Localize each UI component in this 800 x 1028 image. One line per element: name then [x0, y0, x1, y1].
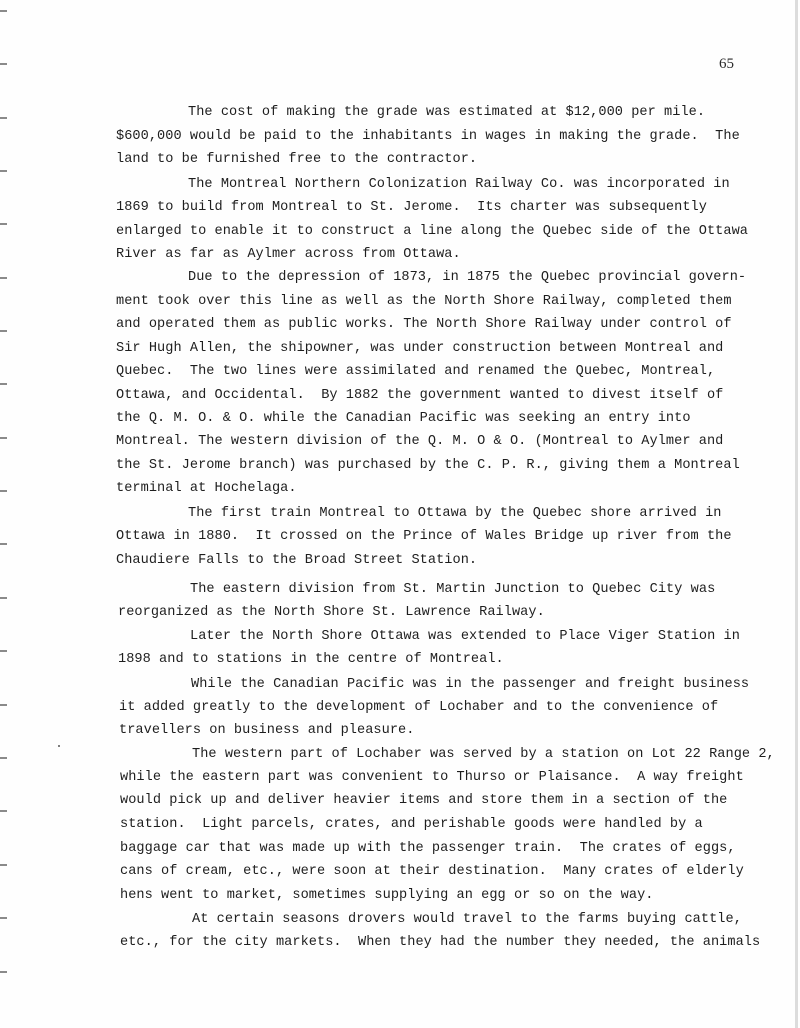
page-edge-border	[795, 0, 798, 1028]
margin-tick	[0, 10, 7, 12]
margin-tick	[0, 63, 7, 65]
text-line: travellers on business and pleasure.	[119, 723, 414, 739]
text-line: the St. Jerome branch) was purchased by …	[116, 458, 740, 474]
margin-tick	[0, 810, 7, 812]
text-line: Due to the depression of 1873, in 1875 t…	[188, 270, 746, 286]
text-line: The Montreal Northern Colonization Railw…	[188, 177, 730, 193]
text-line: station. Light parcels, crates, and peri…	[120, 817, 703, 833]
text-line: River as far as Aylmer across from Ottaw…	[116, 247, 461, 263]
margin-tick	[0, 437, 7, 439]
margin-tick	[0, 543, 7, 545]
text-line: enlarged to enable it to construct a lin…	[116, 224, 748, 240]
text-line: The western part of Lochaber was served …	[192, 747, 775, 763]
text-line: $600,000 would be paid to the inhabitant…	[116, 129, 740, 145]
margin-tick	[0, 223, 7, 225]
text-line: cans of cream, etc., were soon at their …	[120, 864, 744, 880]
text-line: Sir Hugh Allen, the shipowner, was under…	[116, 341, 723, 357]
margin-tick	[0, 330, 7, 332]
margin-tick	[0, 597, 7, 599]
margin-tick	[0, 170, 7, 172]
text-line: Ottawa in 1880. It crossed on the Prince…	[116, 529, 732, 545]
text-line: The first train Montreal to Ottawa by th…	[188, 506, 722, 522]
margin-tick	[0, 704, 7, 706]
text-line: 1869 to build from Montreal to St. Jerom…	[116, 200, 707, 216]
text-line: it added greatly to the development of L…	[119, 700, 718, 716]
scan-speck	[58, 745, 60, 747]
text-line: The cost of making the grade was estimat…	[188, 105, 705, 121]
text-line: while the eastern part was convenient to…	[120, 770, 744, 786]
text-line: hens went to market, sometimes supplying…	[120, 888, 654, 904]
text-line: reorganized as the North Shore St. Lawre…	[118, 605, 545, 621]
margin-tick	[0, 277, 7, 279]
text-line: The eastern division from St. Martin Jun…	[190, 582, 715, 598]
text-line: the Q. M. O. & O. while the Canadian Pac…	[116, 411, 691, 427]
margin-tick	[0, 971, 7, 973]
margin-tick	[0, 757, 7, 759]
scanned-page: 65 The cost of making the grade was esti…	[0, 0, 800, 1028]
margin-tick	[0, 917, 7, 919]
margin-tick	[0, 650, 7, 652]
margin-tick	[0, 383, 7, 385]
text-line: At certain seasons drovers would travel …	[192, 912, 742, 928]
text-line: Quebec. The two lines were assimilated a…	[116, 364, 715, 380]
text-line: ment took over this line as well as the …	[116, 294, 732, 310]
text-line: and operated them as public works. The N…	[116, 317, 732, 333]
margin-tick	[0, 864, 7, 866]
text-line: land to be furnished free to the contrac…	[116, 152, 477, 168]
text-line: 1898 and to stations in the centre of Mo…	[118, 652, 504, 668]
margin-tick	[0, 490, 7, 492]
text-line: Chaudiere Falls to the Broad Street Stat…	[116, 553, 477, 569]
text-line: etc., for the city markets. When they ha…	[120, 935, 760, 951]
text-line: would pick up and deliver heavier items …	[120, 793, 727, 809]
text-line: Later the North Shore Ottawa was extende…	[190, 629, 740, 645]
text-line: Montreal. The western division of the Q.…	[116, 434, 723, 450]
margin-tick	[0, 117, 7, 119]
text-line: While the Canadian Pacific was in the pa…	[191, 677, 749, 693]
text-line: terminal at Hochelaga.	[116, 481, 297, 497]
text-line: Ottawa, and Occidental. By 1882 the gove…	[116, 388, 723, 404]
text-line: baggage car that was made up with the pa…	[120, 841, 736, 857]
page-number: 65	[719, 56, 734, 73]
